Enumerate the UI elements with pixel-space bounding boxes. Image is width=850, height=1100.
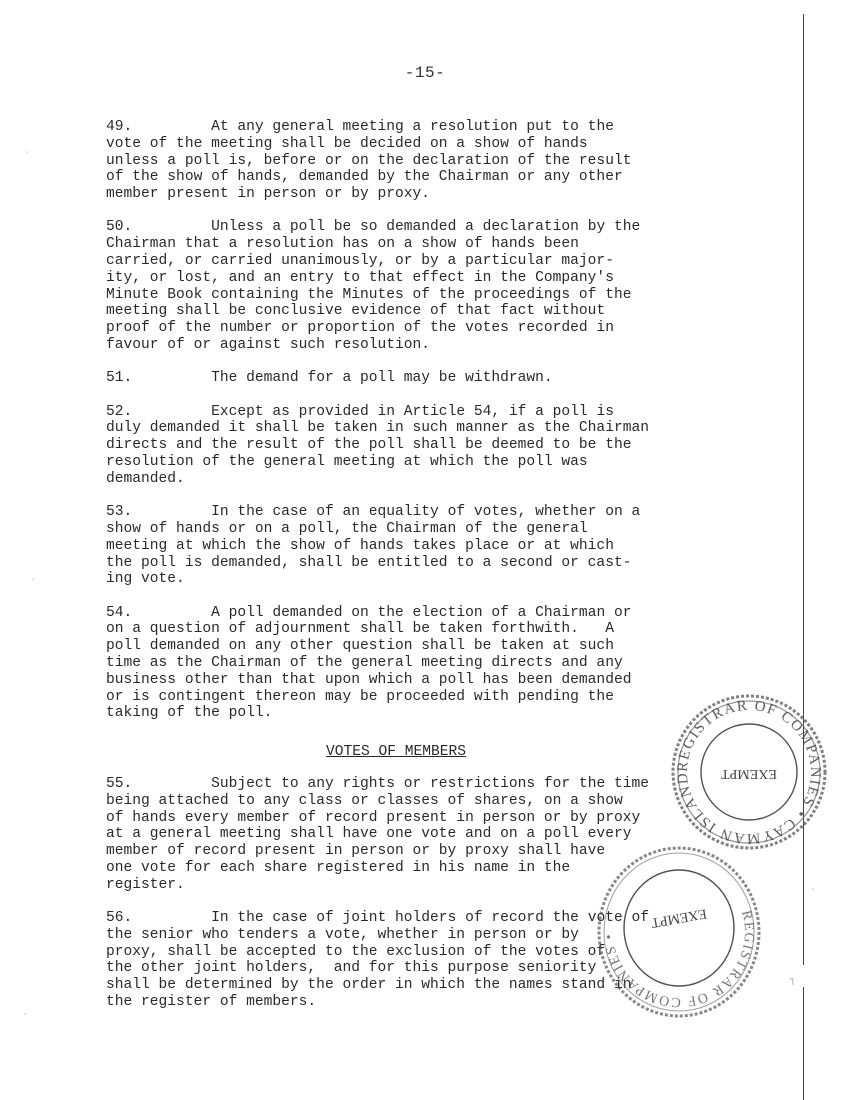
scan-speck: ∙	[810, 885, 816, 896]
page-number: -15-	[0, 64, 850, 82]
article-text: The demand for a poll may be withdrawn.	[211, 370, 553, 386]
scan-speck: ∙	[22, 1010, 28, 1021]
article-53: 53. In the case of an equality of votes,…	[106, 504, 746, 588]
scan-speck: ┐	[790, 975, 796, 986]
article-number: 56.	[106, 910, 132, 926]
article-54: 54. A poll demanded on the election of a…	[106, 605, 746, 723]
article-51: 51. The demand for a poll may be withdra…	[106, 370, 746, 387]
article-52: 52. Except as provided in Article 54, if…	[106, 404, 746, 488]
margin-rule	[803, 14, 804, 1100]
article-text: A poll demanded on the election of a Cha…	[106, 605, 631, 722]
article-number: 55.	[106, 776, 132, 792]
article-text: Subject to any rights or restrictions fo…	[106, 776, 649, 893]
stamp-center-text: EXEMPT	[721, 766, 777, 781]
registrar-stamp-upper: REGISTRAR OF COMPANIES • CAYMAN ISLANDS …	[668, 692, 830, 852]
article-number: 49.	[106, 119, 132, 135]
scan-speck: ∙	[30, 575, 36, 586]
article-number: 50.	[106, 219, 132, 235]
article-49: 49. At any general meeting a resolution …	[106, 119, 746, 203]
registrar-stamp-lower: REGISTRAR OF COMPANIES • CAYMAN ISLANDS …	[594, 840, 764, 1020]
section-heading: VOTES OF MEMBERS	[106, 744, 746, 761]
article-number: 52.	[106, 404, 132, 420]
article-number: 54.	[106, 605, 132, 621]
article-number: 53.	[106, 504, 132, 520]
article-text: Unless a poll be so demanded a declarati…	[106, 219, 640, 353]
scan-speck: ∙	[24, 148, 30, 159]
margin-rule-gap	[800, 965, 808, 987]
article-50: 50. Unless a poll be so demanded a decla…	[106, 219, 746, 353]
article-number: 51.	[106, 370, 132, 386]
stamp-center-text: EXEMPT	[650, 905, 708, 930]
